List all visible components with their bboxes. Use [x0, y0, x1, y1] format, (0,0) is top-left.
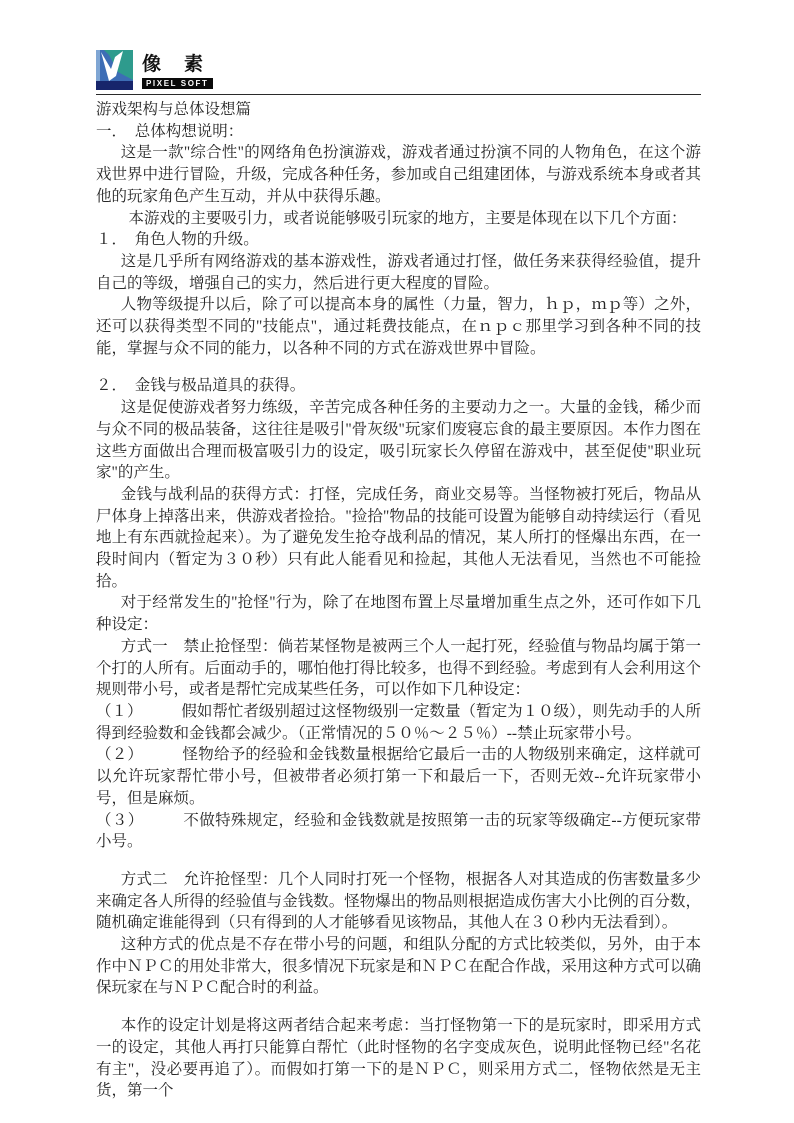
paragraph: （１） 假如帮忙者级别超过这怪物级别一定数量（暂定为１０级），则先动手的人所得到…: [96, 701, 701, 744]
paragraph: 金钱与战利品的获得方式：打怪，完成任务，商业交易等。当怪物被打死后，物品从尸体身…: [96, 484, 701, 593]
paragraph: （２） 怪物给予的经验和金钱数量根据给它最后一击的人物级别来确定，这样就可以允许…: [96, 744, 701, 809]
pixelsoft-logo: 像 素 PIXEL SOFT: [96, 46, 701, 90]
paragraph: 人物等级提升以后，除了可以提高本身的属性（力量，智力，ｈｐ，ｍｐ等）之外，还可以…: [96, 294, 701, 359]
document-page: 像 素 PIXEL SOFT 游戏架构与总体设想篇 一． 总体构想说明：这是一款…: [0, 0, 794, 1123]
paragraph: １． 角色人物的升级。: [96, 229, 701, 251]
paragraph: 对于经常发生的"抢怪"行为，除了在地图布置上尽量增加重生点之外，还可作如下几种设…: [96, 592, 701, 635]
paragraph: 本游戏的主要吸引力，或者说能够吸引玩家的地方，主要是体现在以下几个方面：: [96, 208, 701, 230]
paragraph: 这是一款"综合性"的网络角色扮演游戏，游戏者通过扮演不同的人物角色，在这个游戏世…: [96, 142, 701, 207]
paragraph: 这是几乎所有网络游戏的基本游戏性，游戏者通过打怪，做任务来获得经验值，提升自己的…: [96, 251, 701, 294]
page-header: 像 素 PIXEL SOFT: [96, 46, 701, 95]
paragraph: 方式一 禁止抢怪型：倘若某怪物是被两三个人一起打死，经验值与物品均属于第一个打的…: [96, 636, 701, 701]
paragraph-spacer: [96, 999, 701, 1015]
document-title: 游戏架构与总体设想篇: [96, 99, 701, 121]
document-body: 游戏架构与总体设想篇 一． 总体构想说明：这是一款"综合性"的网络角色扮演游戏，…: [96, 99, 701, 1102]
pixelsoft-logo-icon: [96, 50, 133, 90]
header-rule: [96, 94, 701, 95]
paragraph: （３） 不做特殊规定，经验和金钱数就是按照第一击的玩家等级确定--方便玩家带小号…: [96, 810, 701, 853]
paragraph-spacer: [96, 359, 701, 375]
logo-text-block: 像 素 PIXEL SOFT: [142, 53, 213, 90]
logo-en-badge: PIXEL SOFT: [142, 78, 213, 89]
paragraph-spacer: [96, 853, 701, 869]
paragraph: ２． 金钱与极品道具的获得。: [96, 375, 701, 397]
paragraph: 本作的设定计划是将这两者结合起来考虑：当打怪物第一下的是玩家时，即采用方式一的设…: [96, 1015, 701, 1102]
paragraph: 一． 总体构想说明：: [96, 121, 701, 143]
logo-cn-text: 像 素: [142, 53, 205, 77]
paragraph: 这种方式的优点是不存在带小号的问题，和组队分配的方式比较类似，另外，由于本作中Ｎ…: [96, 934, 701, 999]
paragraph: 方式二 允许抢怪型：几个人同时打死一个怪物，根据各人对其造成的伤害数量多少来确定…: [96, 869, 701, 934]
paragraph: 这是促使游戏者努力练级，辛苦完成各种任务的主要动力之一。大量的金钱，稀少而与众不…: [96, 397, 701, 484]
